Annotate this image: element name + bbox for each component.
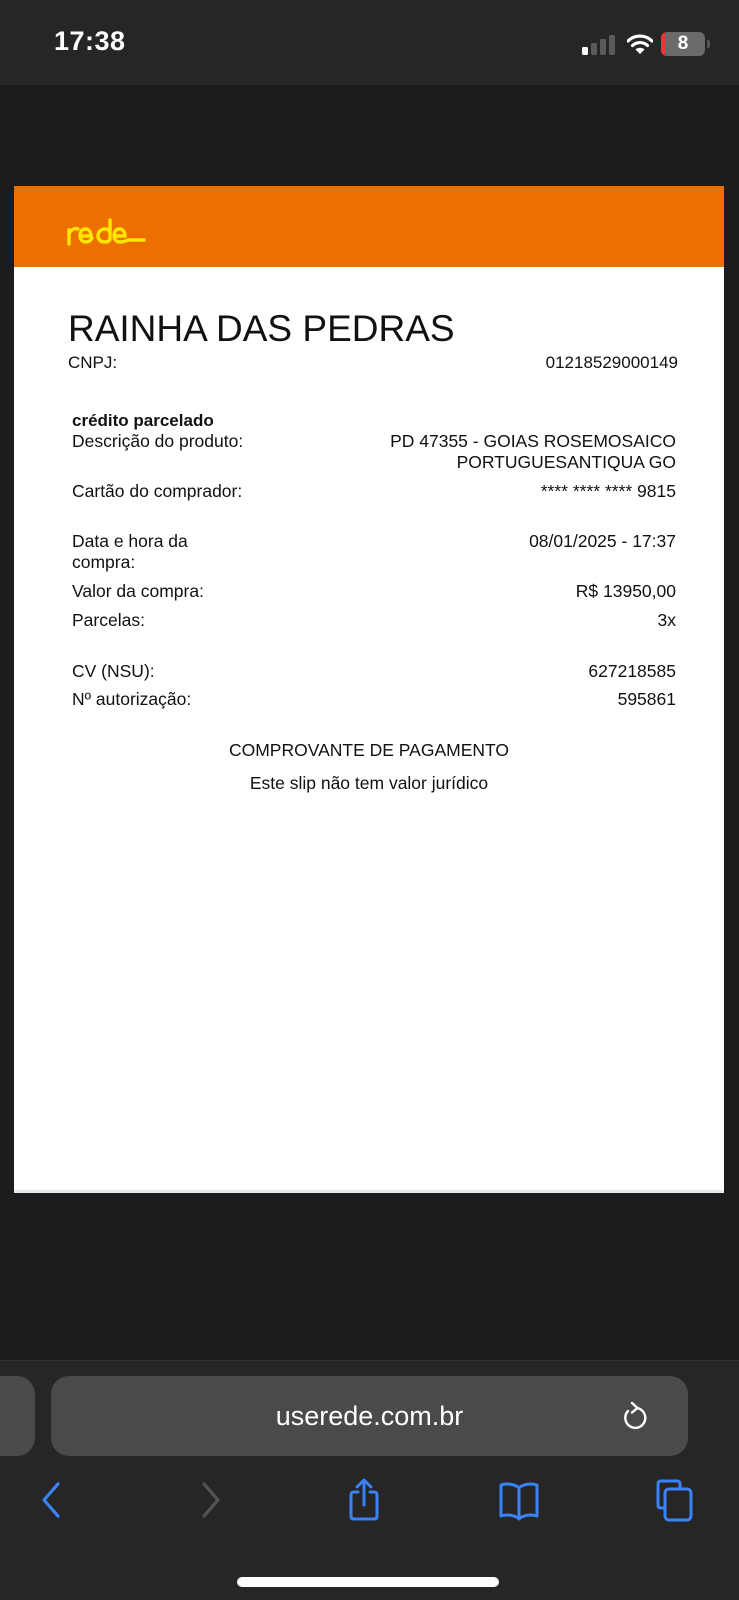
detail-label: Parcelas: xyxy=(72,610,252,631)
back-icon[interactable] xyxy=(30,1478,74,1522)
tabs-icon[interactable] xyxy=(654,1478,698,1522)
detail-label: Descrição do produto: xyxy=(72,431,252,452)
address-bar[interactable]: userede.com.br xyxy=(51,1376,688,1456)
detail-value: R$ 13950,00 xyxy=(576,581,676,602)
id-row-nsu: CV (NSU): 627218585 xyxy=(72,661,676,683)
id-label: Nº autorização: xyxy=(72,689,372,710)
cnpj-row: CNPJ: 01218529000149 xyxy=(68,353,678,373)
detail-row-card: Cartão do comprador: **** **** **** 9815 xyxy=(72,481,676,525)
battery-icon: 8 xyxy=(661,32,705,56)
detail-label: Data e hora da compra: xyxy=(72,531,252,573)
detail-label: Valor da compra: xyxy=(72,581,372,602)
detail-value: 08/01/2025 - 17:37 xyxy=(529,531,676,552)
id-value: 627218585 xyxy=(588,661,676,682)
detail-row-product: Descrição do produto: PD 47355 - GOIAS R… xyxy=(72,431,676,475)
cnpj-label: CNPJ: xyxy=(68,353,117,373)
detail-value: PD 47355 - GOIAS ROSEMOSAICO PORTUGUESAN… xyxy=(390,431,676,473)
company-name: RAINHA DAS PEDRAS xyxy=(68,308,455,350)
detail-value: **** **** **** 9815 xyxy=(541,481,676,502)
signal-icon xyxy=(582,35,618,55)
receipt-footer-note: Este slip não tem valor jurídico xyxy=(14,773,724,794)
battery-tip xyxy=(707,40,710,48)
id-row-authorization: Nº autorização: 595861 xyxy=(72,689,676,711)
wifi-icon xyxy=(627,33,653,55)
forward-icon[interactable] xyxy=(188,1478,232,1522)
previous-tab-preview[interactable] xyxy=(0,1376,35,1456)
url-text[interactable]: userede.com.br xyxy=(51,1376,688,1456)
status-bar: 17:38 8 xyxy=(0,0,739,85)
rede-logo xyxy=(66,214,156,250)
detail-row-amount: Valor da compra: R$ 13950,00 xyxy=(72,581,676,603)
reload-icon[interactable] xyxy=(620,1401,650,1433)
receipt: RAINHA DAS PEDRAS CNPJ: 01218529000149 c… xyxy=(14,186,724,1193)
detail-row-datetime: Data e hora da compra: 08/01/2025 - 17:3… xyxy=(72,531,676,575)
status-time: 17:38 xyxy=(54,26,126,57)
cnpj-value: 01218529000149 xyxy=(546,353,678,373)
receipt-header xyxy=(14,186,724,267)
home-indicator[interactable] xyxy=(237,1577,499,1587)
bookmarks-icon[interactable] xyxy=(497,1478,541,1522)
battery-level: 8 xyxy=(661,32,705,56)
detail-row-installments: Parcelas: 3x xyxy=(72,610,676,632)
detail-value: 3x xyxy=(658,610,676,631)
transaction-type: crédito parcelado xyxy=(72,411,214,431)
detail-label: Cartão do comprador: xyxy=(72,481,252,502)
id-value: 595861 xyxy=(618,689,676,710)
receipt-footer-title: COMPROVANTE DE PAGAMENTO xyxy=(14,740,724,761)
id-label: CV (NSU): xyxy=(72,661,252,682)
share-icon[interactable] xyxy=(343,1478,387,1522)
